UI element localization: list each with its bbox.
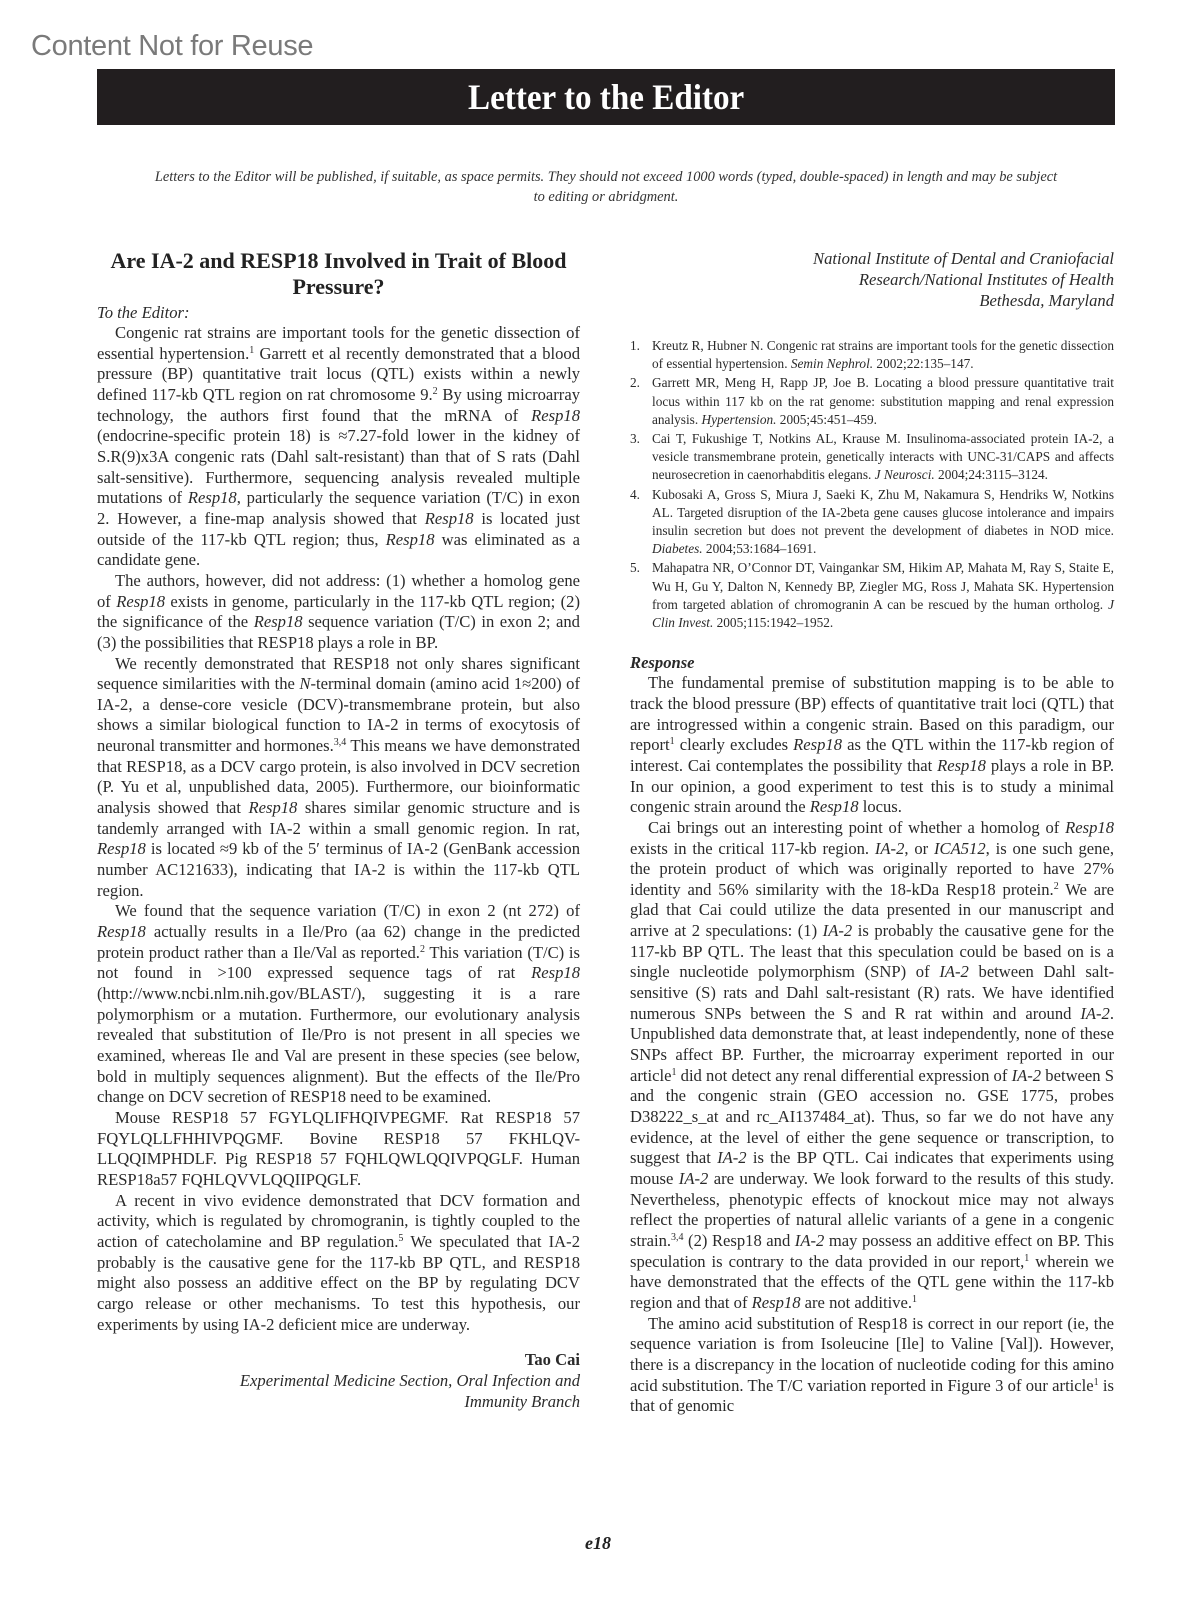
watermark-text: Content Not for Reuse xyxy=(31,30,313,63)
citation-superscript: 3,4 xyxy=(334,737,347,748)
reference-number: 1. xyxy=(630,337,640,355)
article-title: Are IA-2 and RESP18 Involved in Trait of… xyxy=(97,248,580,300)
body-paragraph: The authors, however, did not address: (… xyxy=(97,571,580,654)
reference-item: 2.Garrett MR, Meng H, Rapp JP, Joe B. Lo… xyxy=(630,374,1114,429)
letter-body: Congenic rat strains are important tools… xyxy=(97,323,580,1335)
right-column: National Institute of Dental and Craniof… xyxy=(630,248,1114,1417)
reference-item: 5.Mahapatra NR, O’Connor DT, Vaingankar … xyxy=(630,559,1114,632)
banner-title: Letter to the Editor xyxy=(468,69,744,125)
reference-list: 1.Kreutz R, Hubner N. Congenic rat strai… xyxy=(630,337,1114,632)
body-paragraph: The fundamental premise of substitution … xyxy=(630,673,1114,818)
page-number: e18 xyxy=(585,1533,611,1554)
body-paragraph: The amino acid substitution of Resp18 is… xyxy=(630,1314,1114,1417)
reference-number: 4. xyxy=(630,486,640,504)
author-affiliation-line: Bethesda, Maryland xyxy=(630,290,1114,311)
left-column: Are IA-2 and RESP18 Involved in Trait of… xyxy=(97,248,580,1412)
body-paragraph: We recently demonstrated that RESP18 not… xyxy=(97,654,580,902)
body-paragraph: Mouse RESP18 57 FGYLQLIFHQIVPEGMF. Rat R… xyxy=(97,1108,580,1191)
author-affiliation-line: National Institute of Dental and Craniof… xyxy=(630,248,1114,269)
body-paragraph: Cai brings out an interesting point of w… xyxy=(630,818,1114,1314)
body-paragraph: We found that the sequence variation (T/… xyxy=(97,901,580,1108)
response-body: The fundamental premise of substitution … xyxy=(630,673,1114,1417)
reference-number: 5. xyxy=(630,559,640,577)
citation-superscript: 3,4 xyxy=(671,1232,684,1243)
reference-item: 4.Kubosaki A, Gross S, Miura J, Saeki K,… xyxy=(630,486,1114,559)
reference-item: 1.Kreutz R, Hubner N. Congenic rat strai… xyxy=(630,337,1114,373)
author-affiliation-line: Research/National Institutes of Health xyxy=(630,269,1114,290)
section-banner: Letter to the Editor xyxy=(97,69,1115,125)
body-paragraph: Congenic rat strains are important tools… xyxy=(97,323,580,571)
reference-number: 3. xyxy=(630,430,640,448)
citation-superscript: 1 xyxy=(912,1294,917,1305)
reference-number: 2. xyxy=(630,374,640,392)
editorial-notice: Letters to the Editor will be published,… xyxy=(150,167,1062,207)
salutation: To the Editor: xyxy=(97,302,580,323)
body-paragraph: A recent in vivo evidence demonstrated t… xyxy=(97,1191,580,1336)
reference-item: 3.Cai T, Fukushige T, Notkins AL, Krause… xyxy=(630,430,1114,485)
author-name: Tao Cai xyxy=(97,1349,580,1370)
response-heading: Response xyxy=(630,652,1114,673)
author-affiliation-line: Immunity Branch xyxy=(97,1391,580,1412)
author-affiliation-line: Experimental Medicine Section, Oral Infe… xyxy=(97,1370,580,1391)
